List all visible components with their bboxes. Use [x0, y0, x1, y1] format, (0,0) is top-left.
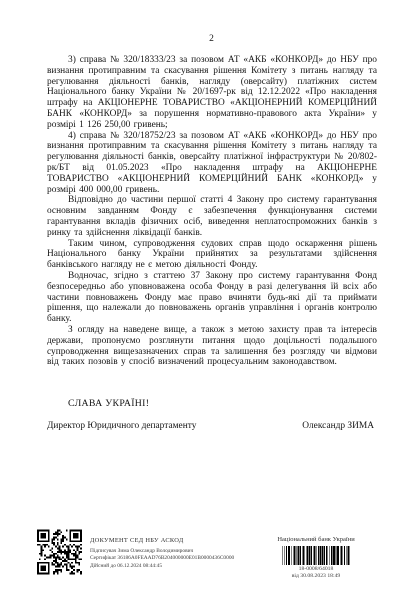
stamp-signer-line: Підписувач Зима Олександр Володимирович	[90, 548, 234, 556]
stamp-certificate-line: Сертифікат 36186A0FEAAD76B204000000E01B0…	[90, 555, 234, 563]
barcode-icon	[282, 546, 350, 565]
qr-code-icon	[37, 529, 82, 575]
stamp-title: ДОКУМЕНТ СЕД НБУ АСКОД	[90, 537, 234, 544]
stamp-org-name: Національний банк України	[271, 536, 361, 543]
signatory-name: Олександр ЗИМА	[302, 421, 374, 431]
body-paragraph: З огляду на наведене вище, а також з мет…	[47, 325, 377, 368]
stamp-doc-number: 18-0008/64018	[271, 566, 361, 573]
esignature-stamp-text: ДОКУМЕНТ СЕД НБУ АСКОД Підписувач Зима О…	[90, 529, 234, 570]
page-number: 2	[47, 34, 376, 44]
stamp-validity-line: Дійсний до 06.12.2024 08:44:45	[90, 563, 234, 571]
body-paragraph: Відповідно до частини першої статті 4 За…	[47, 195, 377, 238]
stamp-doc-date: від 30.08.2023 18:49	[271, 573, 361, 580]
slava-ukraini-line: СЛАВА УКРАЇНІ!	[47, 398, 377, 409]
body-paragraph: Водночас, згідно з статтею 37 Закону про…	[47, 271, 377, 325]
signature-row: Директор Юридичного департаменту Олексан…	[47, 421, 374, 431]
body-paragraph: Таким чином, супроводження судових справ…	[47, 239, 377, 271]
registration-stamp: Національний банк України 18-0008/64018 …	[271, 536, 361, 580]
body-paragraph: 3) справа № 320/18333/23 за позовом АТ «…	[47, 55, 377, 131]
signatory-title: Директор Юридичного департаменту	[47, 421, 196, 431]
body-paragraph: 4) справа № 320/18752/23 за позовом АТ «…	[47, 131, 377, 196]
esignature-stamp: ДОКУМЕНТ СЕД НБУ АСКОД Підписувач Зима О…	[37, 529, 234, 575]
document-page: 2 3) справа № 320/18333/23 за позовом АТ…	[0, 0, 403, 600]
document-body: 3) справа № 320/18333/23 за позовом АТ «…	[47, 55, 377, 368]
